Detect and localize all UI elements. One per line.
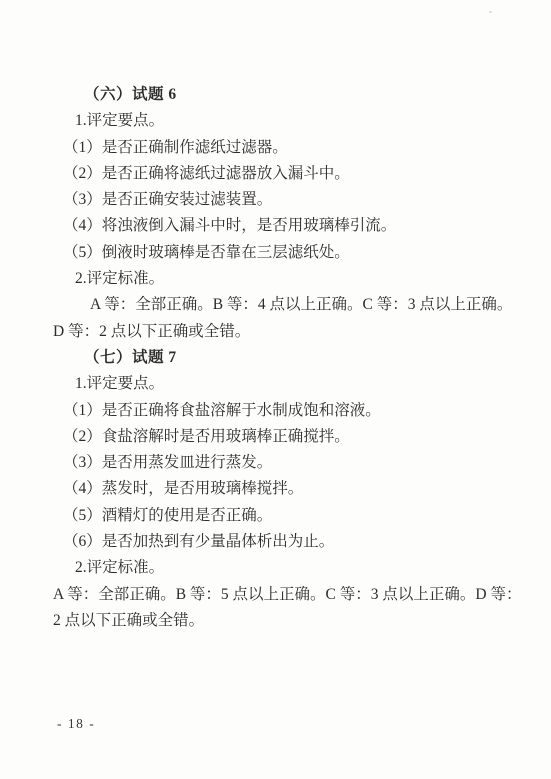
- section-7-standard-line-1: A 等：全部正确。B 等：5 点以上正确。C 等：3 点以上正确。D 等：: [53, 582, 514, 608]
- section-6-title: （六）试题 6: [53, 82, 514, 108]
- page-footer: - 18 -: [57, 716, 95, 732]
- section-7-point-3: （3）是否用蒸发皿进行蒸发。: [53, 450, 514, 476]
- scan-artifact-dot: [489, 11, 492, 13]
- section-question-6: （六）试题 6 1.评定要点。 （1）是否正确制作滤纸过滤器。 （2）是否正确将…: [53, 82, 514, 345]
- section-7-point-2: （2）食盐溶解时是否用玻璃棒正确搅拌。: [53, 424, 514, 450]
- section-6-points-heading: 1.评定要点。: [53, 108, 514, 134]
- section-7-point-4: （4）蒸发时，是否用玻璃棒搅拌。: [53, 476, 514, 502]
- section-6-point-3: （3）是否正确安装过滤装置。: [53, 187, 514, 213]
- document-content: （六）试题 6 1.评定要点。 （1）是否正确制作滤纸过滤器。 （2）是否正确将…: [53, 82, 514, 634]
- section-6-standard-heading: 2.评定标准。: [53, 266, 514, 292]
- section-6-standard-line-2: D 等：2 点以下正确或全错。: [53, 319, 514, 345]
- section-6-point-1: （1）是否正确制作滤纸过滤器。: [53, 135, 514, 161]
- section-7-point-6: （6）是否加热到有少量晶体析出为止。: [53, 529, 514, 555]
- section-7-standard-line-2: 2 点以下正确或全错。: [53, 608, 514, 634]
- section-7-points-heading: 1.评定要点。: [53, 371, 514, 397]
- page-number: - 18 -: [57, 716, 95, 731]
- section-6-point-2: （2）是否正确将滤纸过滤器放入漏斗中。: [53, 161, 514, 187]
- document-page: （六）试题 6 1.评定要点。 （1）是否正确制作滤纸过滤器。 （2）是否正确将…: [0, 0, 551, 779]
- section-6-point-4: （4）将浊液倒入漏斗中时，是否用玻璃棒引流。: [53, 213, 514, 239]
- section-7-point-1: （1）是否正确将食盐溶解于水制成饱和溶液。: [53, 398, 514, 424]
- section-7-point-5: （5）酒精灯的使用是否正确。: [53, 503, 514, 529]
- section-7-title: （七）试题 7: [53, 345, 514, 371]
- section-6-standard-line-1: A 等：全部正确。B 等：4 点以上正确。C 等：3 点以上正确。: [53, 292, 514, 318]
- section-6-point-5: （5）倒液时玻璃棒是否靠在三层滤纸处。: [53, 240, 514, 266]
- section-question-7: （七）试题 7 1.评定要点。 （1）是否正确将食盐溶解于水制成饱和溶液。 （2…: [53, 345, 514, 634]
- section-7-standard-heading: 2.评定标准。: [53, 555, 514, 581]
